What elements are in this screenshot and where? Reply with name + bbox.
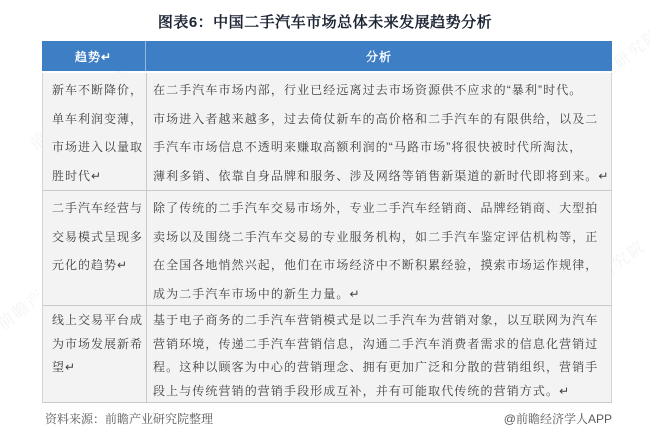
source-note: 资料来源：前瞻产业研究院整理 — [45, 410, 213, 427]
report-page: 前瞻产业研究院 前瞻产业研究院 前瞻产业研究院 前瞻产业研究院 前瞻产业研究院 … — [0, 0, 650, 438]
analysis-cell: 基于电子商务的二手汽车营销模式是以二手汽车为营销对象，以互联网为汽车 营销环境，… — [147, 306, 611, 402]
page-footer: 资料来源：前瞻产业研究院整理 @前瞻经济学人APP — [45, 410, 612, 427]
table-header-row: 趋势↵ 分析 — [42, 41, 612, 71]
table-row: 线上交易平台成 为市场发展新希 望↵ 基于电子商务的二手汽车营销模式是以二手汽车… — [42, 306, 612, 403]
column-header-trend: 趋势↵ — [42, 41, 146, 71]
trend-analysis-table: 趋势↵ 分析 新车不断降价， 单车利润变薄， 市场进入以量取 胜时代↵ 在二手汽… — [42, 41, 612, 403]
table-row: 二手汽车经营与 交易模式呈现多 元化的趋势↵ 除了传统的二手汽车交易市场外，专业… — [42, 191, 612, 306]
trend-cell: 新车不断降价， 单车利润变薄， 市场进入以量取 胜时代↵ — [43, 73, 147, 190]
table-row: 新车不断降价， 单车利润变薄， 市场进入以量取 胜时代↵ 在二手汽车市场内部，行… — [42, 73, 612, 191]
analysis-cell: 除了传统的二手汽车交易市场外，专业二手汽车经销商、品牌经销商、大型拍 卖场以及围… — [147, 191, 611, 305]
column-header-analysis: 分析 — [146, 41, 612, 71]
trend-cell: 二手汽车经营与 交易模式呈现多 元化的趋势↵ — [43, 191, 147, 305]
analysis-cell: 在二手汽车市场内部，行业已经远离过去市场资源供不应求的“暴利”时代。 市场进入者… — [147, 73, 611, 190]
page-title: 图表6：中国二手汽车市场总体未来发展趋势分析 — [0, 11, 650, 32]
credit-note: @前瞻经济学人APP — [504, 410, 612, 427]
trend-cell: 线上交易平台成 为市场发展新希 望↵ — [43, 306, 147, 402]
